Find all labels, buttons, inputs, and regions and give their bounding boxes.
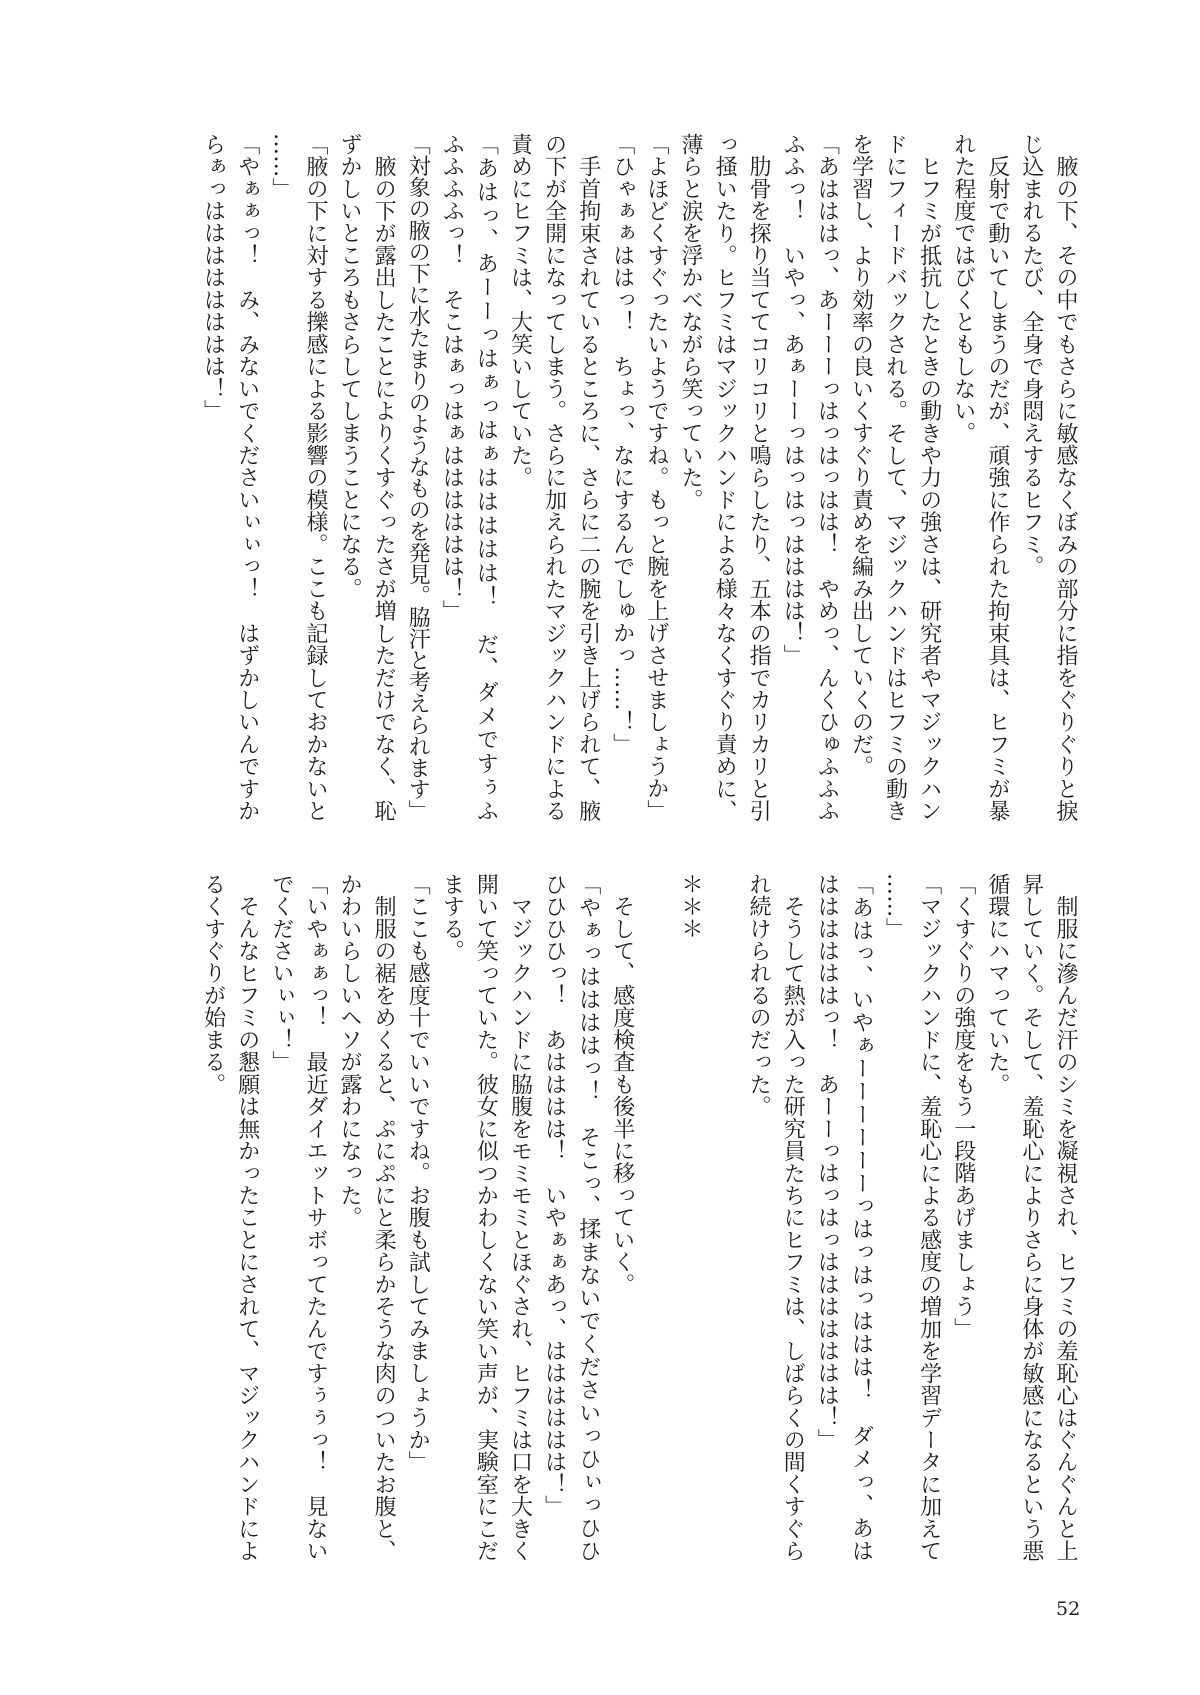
text-column: 「あはははっ、あーーーっはっはっはは！ やめっ、んくひゅふふふ — [809, 133, 843, 822]
page-number: 52 — [1056, 1598, 1080, 1620]
text-column: 制服の裾をめくると、ぷにぷにと柔らかそうな肉のついたお腹と、 — [366, 873, 400, 1562]
text-column: 反射で動いてしまうのだが、頑強に作られた拘束具は、ヒフミが暴 — [980, 133, 1014, 822]
text-column: かわいらしいヘソが露わになった。 — [332, 873, 366, 1562]
upper-text-block: 腋の下、その中でもさらに敏感なくぼみの部分に指をぐりぐりと捩 じ込まれるたび、全… — [195, 133, 1082, 822]
text-column: 制服に滲んだ汗のシミを凝視され、ヒフミの羞恥心はぐんぐんと上 — [1048, 873, 1082, 1562]
text-column: そんなヒフミの懇願は無かったことにされて、マジックハンドによ — [230, 873, 264, 1562]
text-column: 手首拘束されているところに、さらに二の腕を引き上げられて、腋 — [571, 133, 605, 822]
text-column: 「ここも感度十でいいですね。お腹も試してみましょうか」 — [400, 873, 434, 1562]
text-column: ふふふふっ！ そこはぁっはぁはははははは！」 — [434, 133, 468, 822]
blank-column — [639, 873, 673, 1562]
text-column: ドにフィードバックされる。そして、マジックハンドはヒフミの動き — [877, 133, 911, 822]
text-column: 腋の下が露出したことによりくすぐったさが増しただけでなく、恥 — [366, 133, 400, 822]
text-column: るくすぐりが始まる。 — [196, 873, 230, 1562]
text-column: 責めにヒフミは、大笑いしていた。 — [502, 133, 536, 822]
document-page: 腋の下、その中でもさらに敏感なくぼみの部分に指をぐりぐりと捩 じ込まれるたび、全… — [0, 0, 1200, 1695]
text-column: まする。 — [434, 873, 468, 1562]
text-column: 肋骨を探り当ててコリコリと鳴らしたり、五本の指でカリカリと引 — [741, 133, 775, 822]
text-column: 昇していく。そして、羞恥心によりさらに身体が敏感になるという悪 — [1014, 873, 1048, 1562]
text-column: ……」 — [264, 133, 298, 822]
text-column: っ掻いたり。ヒフミはマジックハンドによる様々なくすぐり責めに、 — [707, 133, 741, 822]
text-column: の下が全開になってしまう。さらに加えられたマジックハンドによる — [537, 133, 571, 822]
text-column: 「やぁっははははっ！ そこっ、揉まないでくださいっひぃっひひ — [571, 873, 605, 1562]
section-break: ＊＊＊ — [673, 873, 707, 1562]
text-column: マジックハンドに脇腹をモミモミとほぐされ、ヒフミは口を大きく — [502, 873, 536, 1562]
text-column: 開いて笑っていた。彼女に似つかわしくない笑い声が、実験室にこだ — [468, 873, 502, 1562]
text-column: 「いやぁぁっ！ 最近ダイエットサボってたんですぅぅっ！ 見ない — [298, 873, 332, 1562]
text-column: 腋の下、その中でもさらに敏感なくぼみの部分に指をぐりぐりと捩 — [1048, 133, 1082, 822]
text-column: 「よほどくすぐったいようですね。もっと腕を上げさせましょうか」 — [639, 133, 673, 822]
lower-text-block: 制服に滲んだ汗のシミを凝視され、ヒフミの羞恥心はぐんぐんと上 昇していく。そして… — [195, 873, 1082, 1562]
text-column: ふふっ！ いやっ、あぁーーっはっはっはははは！」 — [775, 133, 809, 822]
text-column: ヒフミが抵抗したときの動きや力の強さは、研究者やマジックハン — [912, 133, 946, 822]
text-column: 「腋の下に対する擽感による影響の模様。ここも記録しておかないと — [298, 133, 332, 822]
text-column: ……」 — [877, 873, 911, 1562]
text-column: 循環にハマっていた。 — [980, 873, 1014, 1562]
text-column: ずかしいところもさらしてしまうことになる。 — [332, 133, 366, 822]
text-column: 「マジックハンドに、羞恥心による感度の増加を学習データに加えて — [912, 873, 946, 1562]
text-column: じ込まれるたび、全身で身悶えするヒフミ。 — [1014, 133, 1048, 822]
text-column: 「あはっ、あーーっはぁっはぁははははは！ だ、ダメですぅふ — [468, 133, 502, 822]
text-column: れた程度ではびくともしない。 — [946, 133, 980, 822]
blank-column — [707, 873, 741, 1562]
text-column: れ続けられるのだった。 — [741, 873, 775, 1562]
text-column: 「対象の腋の下に水たまりのようなものを発見。脇汗と考えられます」 — [400, 133, 434, 822]
text-column: 「あはっ、いやぁーーーーーーっはっはっははは！ ダメっ、あは — [843, 873, 877, 1562]
text-column: 「くすぐりの強度をもう一段階あげましょう」 — [946, 873, 980, 1562]
text-column: 「ひゃぁぁははっ！ ちょっ、なにするんでしゅかっ……！」 — [605, 133, 639, 822]
text-column: でくださいぃぃ！」 — [264, 873, 298, 1562]
text-column: そして、感度検査も後半に移っていく。 — [605, 873, 639, 1562]
text-column: そうして熱が入った研究員たちにヒフミは、しばらくの間くすぐら — [775, 873, 809, 1562]
text-column: ひひひひっ！ あはははは！ いやぁぁあっ、はははははは！」 — [537, 873, 571, 1562]
text-column: を学習し、より効率の良いくすぐり責めを編み出していくのだ。 — [843, 133, 877, 822]
text-column: らぁっはははははははは！」 — [196, 133, 230, 822]
text-column: ははははははっ！ あーーっはっはっははははははは！」 — [809, 873, 843, 1562]
text-column: 「やぁぁっ！ み、みないでくださいぃぃっ！ はずかしいんですか — [230, 133, 264, 822]
text-column: 薄らと涙を浮かべながら笑っていた。 — [673, 133, 707, 822]
